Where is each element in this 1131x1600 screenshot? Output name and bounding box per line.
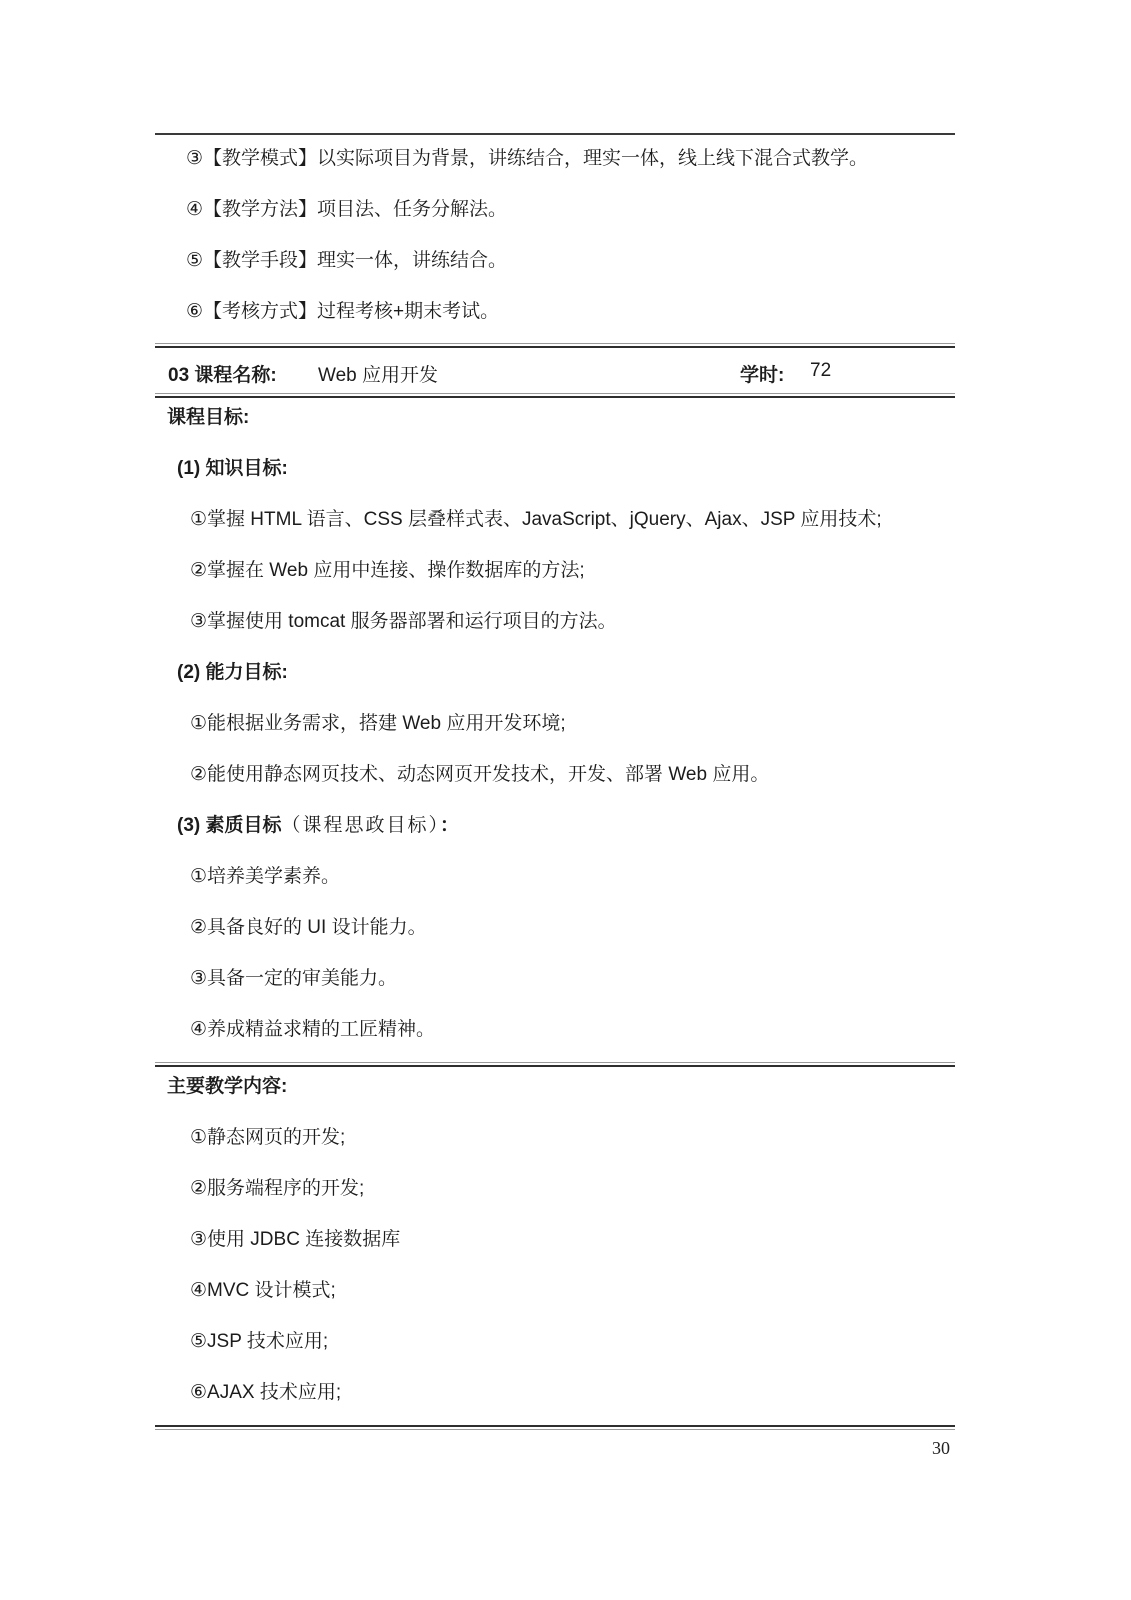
course-objectives-section: 课程目标: (1) 知识目标: ①掌握 HTML 语言、CSS 层叠样式表、Ja… [155, 398, 955, 1062]
hours-value: 72 [810, 360, 831, 382]
teaching-meta-section: ③【教学模式】以实际项目为背景，讲练结合，理实一体，线上线下混合式教学。 ④【教… [155, 135, 955, 343]
quality-goal-heading-colon: ： [440, 815, 459, 836]
teaching-content-item: ⑤JSP 技术应用; [155, 1331, 955, 1352]
quality-goal-item: ③具备一定的审美能力。 [155, 968, 955, 989]
objectives-title: 课程目标: [155, 407, 955, 428]
course-name-value: Web 应用开发 [318, 360, 438, 387]
knowledge-goal-item: ②掌握在 Web 应用中连接、操作数据库的方法; [155, 560, 955, 581]
hours-label: 学时: [740, 360, 784, 387]
teaching-content-section: 主要教学内容: ①静态网页的开发; ②服务端程序的开发; ③使用 JDBC 连接… [155, 1067, 955, 1425]
teaching-content-item: ③使用 JDBC 连接数据库 [155, 1229, 955, 1250]
teaching-mode-item: ③【教学模式】以实际项目为背景，讲练结合，理实一体，线上线下混合式教学。 [155, 148, 955, 169]
ability-goal-item: ②能使用静态网页技术、动态网页开发技术，开发、部署 Web 应用。 [155, 764, 955, 785]
ability-goal-heading: (2) 能力目标: [155, 662, 955, 683]
assessment-item: ⑥【考核方式】过程考核+期末考试。 [155, 301, 955, 322]
table-bottom-border [155, 1425, 955, 1430]
teaching-method-item: ④【教学方法】项目法、任务分解法。 [155, 199, 955, 220]
knowledge-goal-heading: (1) 知识目标: [155, 458, 955, 479]
teaching-content-title: 主要教学内容: [155, 1076, 955, 1097]
teaching-content-item: ④MVC 设计模式; [155, 1280, 955, 1301]
quality-goal-heading-main: (3) 素质目标 [177, 815, 282, 836]
ability-goal-item: ①能根据业务需求，搭建 Web 应用开发环境; [155, 713, 955, 734]
course-name-label: 03 课程名称: [168, 360, 277, 387]
document-page: ③【教学模式】以实际项目为背景，讲练结合，理实一体，线上线下混合式教学。 ④【教… [0, 0, 1131, 1600]
teaching-content-item: ①静态网页的开发; [155, 1127, 955, 1148]
course-header-row: 03 课程名称: Web 应用开发 学时: 72 [155, 348, 955, 393]
teaching-content-item: ②服务端程序的开发; [155, 1178, 955, 1199]
quality-goal-item: ②具备良好的 UI 设计能力。 [155, 917, 955, 938]
knowledge-goal-item: ③掌握使用 tomcat 服务器部署和运行项目的方法。 [155, 611, 955, 632]
teaching-content-item: ⑥AJAX 技术应用; [155, 1382, 955, 1403]
quality-goal-item: ④养成精益求精的工匠精神。 [155, 1019, 955, 1040]
quality-goal-item: ①培养美学素养。 [155, 866, 955, 887]
quality-goal-heading: (3) 素质目标（课程思政目标）： [155, 815, 955, 836]
syllabus-table: ③【教学模式】以实际项目为背景，讲练结合，理实一体，线上线下混合式教学。 ④【教… [155, 133, 955, 1430]
quality-goal-heading-note: （课程思政目标） [282, 815, 441, 836]
page-number: 30 [155, 1438, 950, 1459]
knowledge-goal-item: ①掌握 HTML 语言、CSS 层叠样式表、JavaScript、jQuery、… [155, 509, 955, 530]
teaching-means-item: ⑤【教学手段】理实一体，讲练结合。 [155, 250, 955, 271]
